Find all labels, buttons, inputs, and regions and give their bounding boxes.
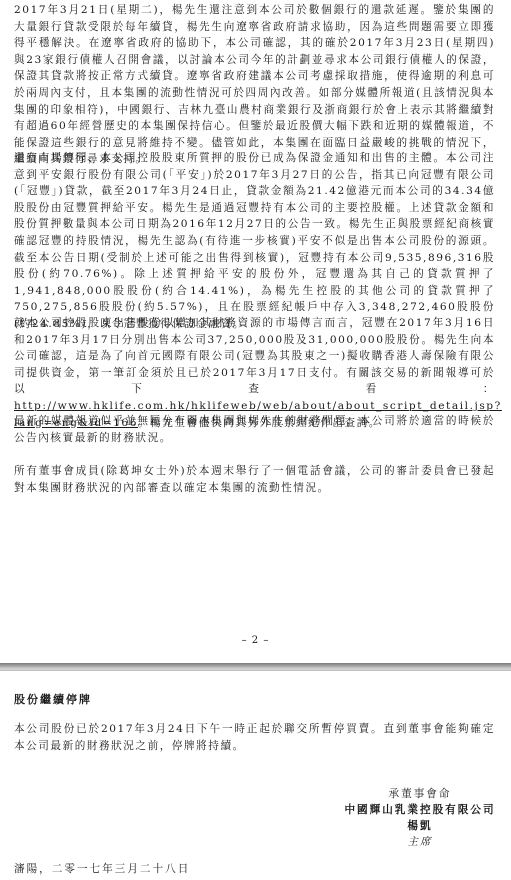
document-page-3: 股份繼續停牌 本公司股份已於2017年3月24日下午一時正起於聯交所暫停買賣。直… [0,671,511,880]
paragraph-trading-suspension: 本公司股份已於2017年3月24日下午一時正起於聯交所暫停買賣。直到董事會能夠確… [14,721,495,754]
section-heading-trading-suspension: 股份繼續停牌 [14,691,92,707]
paragraph-pledged-shares: 還有市場傳聞，本公司控股股東所質押的股份已成為保證金通知和出售的主體。本公司注意… [14,150,495,333]
paragraph-board-meeting: 所有董事會成員(除葛坤女士外)於本週末舉行了一個電話會議，公司的審計委員會已發起… [14,463,495,496]
signature-name: 楊凱 [340,818,500,834]
signature-line-by-order: 承董事會命 [340,786,500,802]
signature-title: 主席 [340,834,500,850]
document-page-2: 2017年3月21日(星期二)，楊先生還注意到本公司於數個銀行的還款延遲。鑒於集… [0,0,511,663]
page-divider [0,663,511,671]
share-sale-text: 就本公司控股股東出售股份以增加其財務資源的市場傳言而言，冠豐在2017年3月16… [14,317,495,395]
dateline: 瀋陽，二零一七年三月二十八日 [14,861,190,876]
signature-block: 承董事會命 中國輝山乳業控股有限公司 楊凱 主席 [340,786,500,850]
signature-company: 中國輝山乳業控股有限公司 [340,802,500,818]
paragraph-media-reports: 最新的媒體報道似乎並無區分有關本集團與楊先生的財務問題，本公司將於適當的時候於公… [14,413,495,446]
page-number: – 2 – [0,635,511,646]
paragraph-bank-meeting: 2017年3月21日(星期二)，楊先生還注意到本公司於數個銀行的還款延遲。鑒於集… [14,2,495,168]
